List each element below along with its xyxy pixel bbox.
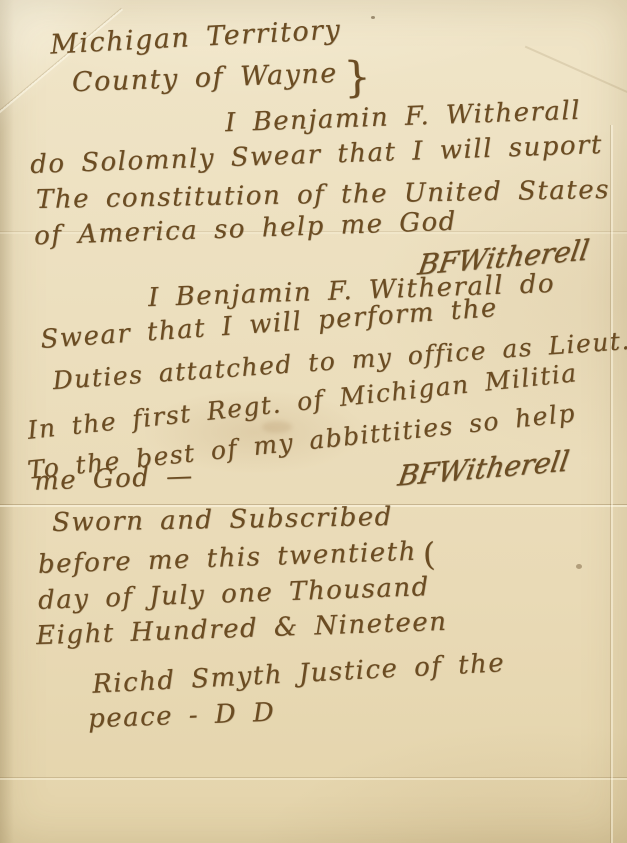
heading-county-text: County of Wayne xyxy=(71,58,338,98)
justice-signature-line-2: peace - D D xyxy=(88,698,276,735)
oath-allegiance-line-2: do Solomnly Swear that I will suport xyxy=(30,130,604,180)
fold-crease-lower xyxy=(0,777,627,780)
heading-county-line: County of Wayne} xyxy=(71,52,371,111)
paper-speck xyxy=(576,564,582,569)
justice-signature-line-1: Richd Smyth Justice of the xyxy=(91,648,505,700)
paper-sheet: Michigan Territory County of Wayne} I Be… xyxy=(0,0,627,843)
oath-office-line-6: me God — xyxy=(34,461,195,497)
paper-speck xyxy=(371,16,375,19)
fold-crease-right-vertical xyxy=(610,125,613,843)
brace-flourish: } xyxy=(343,52,371,102)
attestation-line-1: Sworn and Subscribed xyxy=(52,502,393,538)
oath-allegiance-line-3: The constitution of the United States xyxy=(36,175,610,215)
scanned-document: Michigan Territory County of Wayne} I Be… xyxy=(0,0,627,843)
brace-flourish: ( xyxy=(422,535,436,573)
signature-witherell-2: BFWitherell xyxy=(396,444,572,492)
attestation-line-2-text: before me this twentieth xyxy=(37,537,417,580)
fold-crease-top-right xyxy=(525,46,627,97)
